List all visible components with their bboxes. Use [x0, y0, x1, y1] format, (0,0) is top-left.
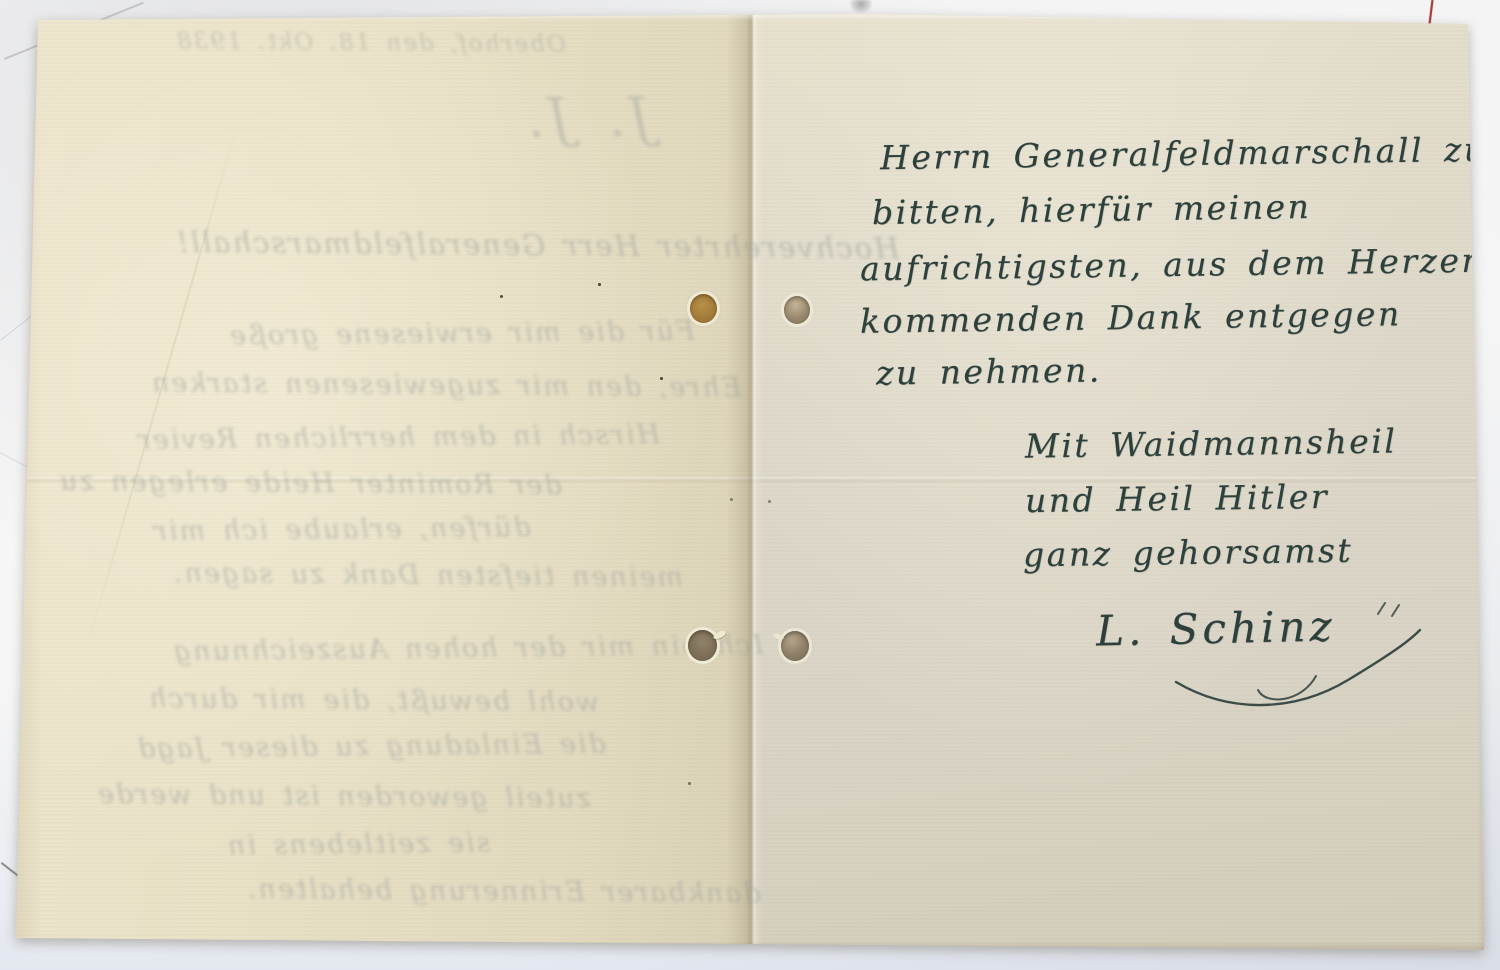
letter-sheet: Oberhof, den 18. Okt. 1938 J. J. Hochver… [0, 0, 1500, 970]
bleedthrough-line: Für die mir erwiesene große [228, 316, 695, 352]
ink-closing-line: Mit Waidmannsheil [1025, 421, 1398, 465]
paper-speck [598, 283, 601, 286]
paper-speck [768, 500, 771, 503]
bleedthrough-line: Hirsch in dem herrlichen Revier [136, 419, 660, 455]
punch-hole-lower-left [688, 630, 717, 661]
bleedthrough-line: dankbarer Erinnerung behalten. [246, 874, 761, 909]
punch-hole-upper-right [784, 296, 810, 324]
paper-edge-shading [1476, 0, 1488, 970]
paper-edge-shading [0, 938, 1500, 952]
bleedthrough-line: Hochverehrter Herr Generalfeldmarschall! [175, 225, 900, 265]
paper-speck [688, 782, 691, 785]
paper-speck [660, 377, 663, 380]
bleedthrough-line: sie zeitlebens in [226, 828, 491, 862]
punch-hole-upper-left [690, 294, 717, 323]
center-fold [726, 0, 764, 970]
bleedthrough-line: Ich bin mir der hohen Auszeichnung [172, 630, 764, 667]
bleedthrough-line: die Einladung zu dieser Jagd [136, 729, 606, 765]
paper-edge-highlight [0, 14, 1500, 22]
ink-line: zu nehmen. [876, 350, 1102, 392]
signature: L. Schinz [1096, 601, 1337, 655]
letter-sheet-surface: Oberhof, den 18. Okt. 1938 J. J. Hochver… [0, 0, 1500, 970]
bleedthrough-initials: J. J. [520, 85, 652, 149]
punch-hole-lower-right [781, 631, 809, 661]
ink-closing-line: und Heil Hitler [1025, 477, 1329, 520]
bleedthrough-line: Ehre, den mir zugewiesenen starken [150, 367, 742, 403]
bleedthrough-line: wohl bewußt, die mir durch [147, 683, 599, 718]
paper-speck [500, 295, 503, 298]
bleedthrough-date-line: Oberhof, den 18. Okt. 1938 [175, 28, 566, 57]
bleedthrough-line: der Rominter Heide erlegen zu [58, 466, 562, 501]
bleedthrough-line: dürfen, erlaube ich mir [152, 512, 531, 547]
ink-closing-line: ganz gehorsamst [1023, 531, 1354, 575]
ink-line: bitten, hierfür meinen [872, 187, 1312, 232]
paper-speck [730, 498, 733, 501]
bleedthrough-line: zuteil geworden ist und werde [96, 779, 591, 814]
ink-line: kommenden Dank entgegen [860, 294, 1402, 341]
photograph-of-letter: Oberhof, den 18. Okt. 1938 J. J. Hochver… [0, 0, 1500, 970]
bleedthrough-line: meinen tiefsten Dank zu sagen. [172, 558, 683, 593]
